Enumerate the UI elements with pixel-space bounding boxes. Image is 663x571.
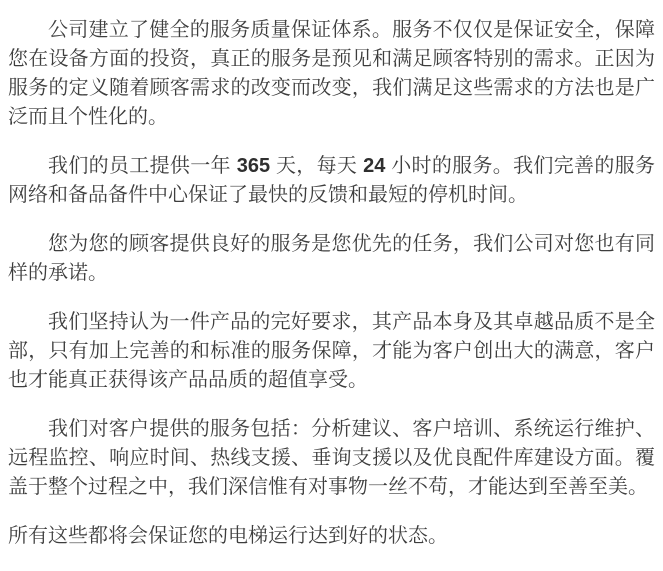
paragraph-service-scope: 我们对客户提供的服务包括：分析建议、客户培训、系统运行维护、远程监控、响应时间、… bbox=[8, 415, 655, 502]
paragraph-service-quality-system: 公司建立了健全的服务质量保证体系。服务不仅仅是保证安全，保障您在设备方面的投资，… bbox=[8, 16, 655, 132]
availability-text-lead: 我们的员工提供一年 bbox=[48, 155, 237, 177]
days-per-year-value: 365 bbox=[237, 155, 270, 177]
paragraph-product-quality: 我们坚持认为一件产品的完好要求，其产品本身及其卓越品质不是全部，只有加上完善的和… bbox=[8, 308, 655, 395]
availability-text-mid: 天，每天 bbox=[270, 155, 363, 177]
hours-per-day-value: 24 bbox=[363, 155, 385, 177]
document-body: 公司建立了健全的服务质量保证体系。服务不仅仅是保证安全，保障您在设备方面的投资，… bbox=[0, 0, 663, 571]
paragraph-conclusion: 所有这些都将会保证您的电梯运行达到好的状态。 bbox=[8, 522, 655, 551]
paragraph-customer-commitment: 您为您的顾客提供良好的服务是您优先的任务，我们公司对您也有同样的承诺。 bbox=[8, 230, 655, 288]
paragraph-service-availability: 我们的员工提供一年 365 天，每天 24 小时的服务。我们完善的服务网络和备品… bbox=[8, 152, 655, 210]
